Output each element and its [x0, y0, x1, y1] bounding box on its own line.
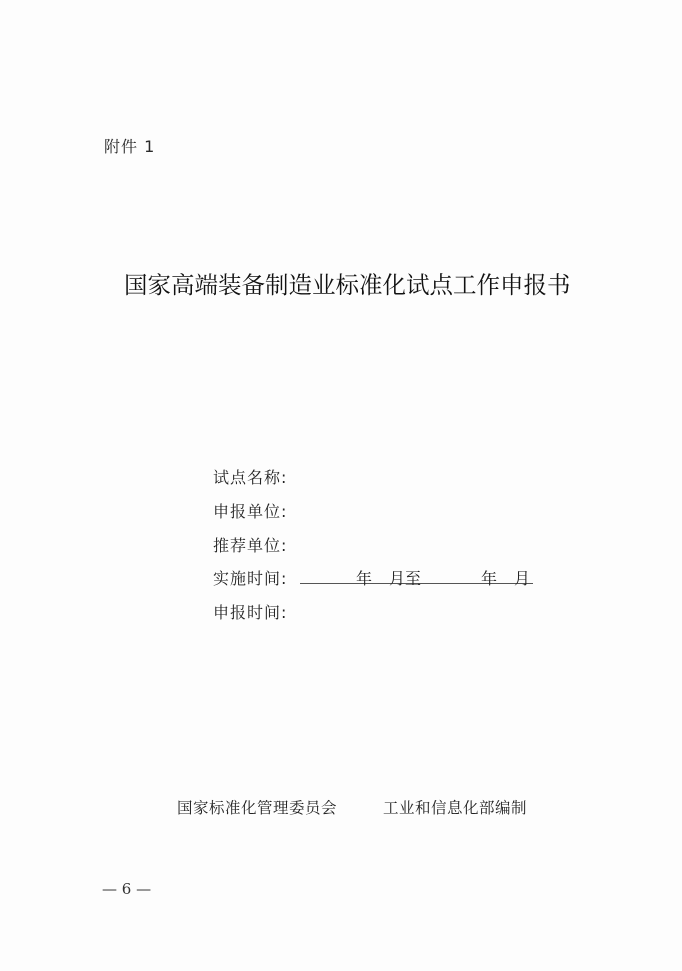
month-start-to: 月至 [389, 566, 421, 589]
month-end: 月 [514, 566, 530, 589]
field-application-time: 申报时间: [213, 600, 287, 623]
field-pilot-name: 试点名称: [213, 465, 287, 488]
field-recommending-unit: 推荐单位: [213, 533, 287, 556]
footer-org-sac: 国家标准化管理委员会 [177, 796, 337, 818]
year-start: 年 [356, 566, 372, 589]
attachment-label: 附件 1 [104, 134, 155, 157]
page-number: — 6 — [102, 880, 151, 898]
footer-org-miit: 工业和信息化部编制 [383, 796, 527, 818]
field-applicant-unit: 申报单位: [213, 499, 287, 522]
year-end: 年 [481, 566, 497, 589]
field-implementation-time: 实施时间: [213, 566, 287, 589]
document-title: 国家高端装备制造业标准化试点工作申报书 [124, 266, 571, 300]
